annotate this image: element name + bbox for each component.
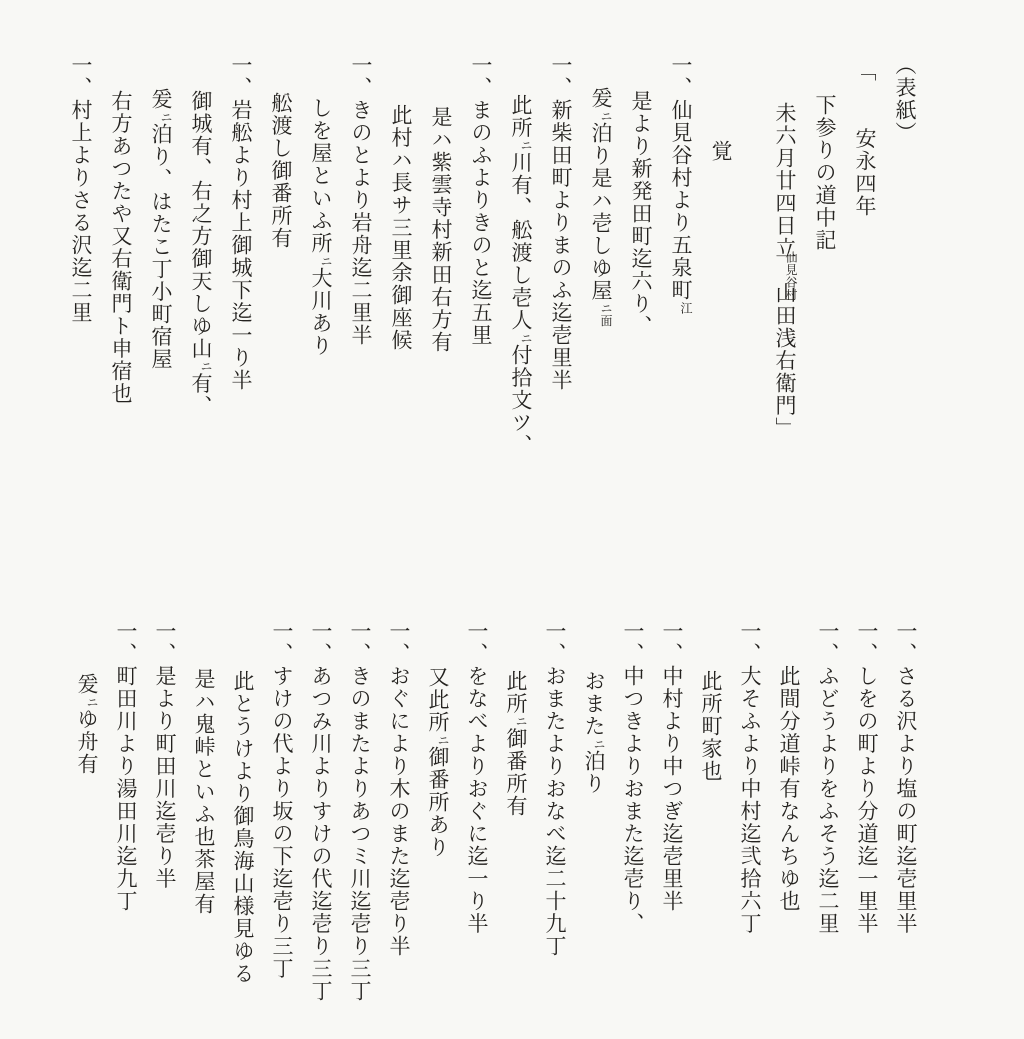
note-column: 此所ニ川有、舩渡し壱人ニ付拾文ツ、 [501,54,541,457]
entry-column: 一、あつみ川よりすけの代迄壱り三丁 [301,620,340,1003]
text-segment: 一、岩舩より村上御城下迄一り半 [229,54,253,392]
note-column: 此所町家也 [691,620,730,1003]
entry-column: 一、中村より中つぎ迄壱里半 [652,620,691,1003]
text-segment: 大川あり [309,267,333,357]
text-segment: 一、おぐにより木のまた迄壱り半 [387,620,411,958]
note-column: 舩渡し御番所有 [261,54,301,457]
entry-column: 一、村上よりさる沢迄二里 [61,54,101,457]
entry-column: 一、おぐにより木のまた迄壱り半 [379,620,418,1003]
text-segment: 一、是より町田川迄壱り半 [153,620,177,890]
note-column: 此とうけより御鳥海山様見ゆる [223,620,262,1003]
text-segment: 一、きのまたよりあつミ川迄壱り三丁 [348,620,372,1003]
text-segment: 舩渡し御番所有 [269,92,293,250]
text-segment: 覚 [709,140,733,163]
title-column: 下参りの道中記 [805,54,845,457]
text-segment: おまた [582,670,606,738]
text-segment: 此村ハ長サ三里余御座候 [389,104,413,352]
text-segment: 一、すけの代より坂の下迄壱り三丁 [270,620,294,980]
text-segment: 此所町家也 [699,670,723,783]
small-inline-character: 江 [679,302,693,315]
text-segment: 一、ふどうよりをふそう迄二里 [816,620,840,935]
note-column: 爰ニゆ舟有 [67,620,106,1003]
text-block-bottom: 一、さる沢より塩の町迄壱里半一、しをの町より分道迄一里半一、ふどうよりをふそう迄… [67,620,925,1003]
note-column: 是より新発田町迄六り、 [621,54,661,457]
text-segment: 一、大そふより中村迄弐拾六丁 [738,620,762,935]
entry-column: 一、さる沢より塩の町迄壱里半 [886,620,925,1003]
note-column: 又此所ニ御番所あり [418,620,457,1003]
small-inline-character: ニ [436,734,450,747]
scanned-manuscript-page: （表紙）「 安永四年下参りの道中記未六月廿四日立 仙見谷村山田浅右衛門」覚一、仙… [0,0,1024,1039]
small-inline-character: ニ面 [599,302,613,327]
text-segment: 爰 [149,88,173,111]
text-segment: 付拾文ツ、 [509,344,533,457]
small-inline-character: ニ [592,738,606,751]
text-segment: 一、おまたよりおなべ迄二十九丁 [543,620,567,958]
entry-column: 一、大そふより中村迄弐拾六丁 [730,620,769,1003]
text-segment: 右方あつたや又右衛門ト申宿也 [109,90,133,405]
text-segment: 御城有、右之方御天しゆ山 [189,90,213,360]
text-segment: 是ハ鬼峠といふ也茶屋有 [192,668,216,916]
entry-column: 一、仙見谷村より五泉町江 [661,54,701,457]
note-column: 御城有、右之方御天しゆ山ニ有、 [181,54,221,457]
heading-column: 覚 [701,54,741,457]
note-column: 此間分道峠有なんちゆ也 [769,620,808,1003]
small-inline-character: ニ [599,110,613,123]
entry-column: 一、すけの代より坂の下迄壱り三丁 [262,620,301,1003]
note-column: しを屋といふ所ニ大川あり [301,54,341,457]
text-segment: 此とうけより御鳥海山様見ゆる [231,670,255,985]
text-segment: 御番所有 [504,728,528,818]
date-signature-column: 未六月廿四日立 仙見谷村山田浅右衛門」 [765,54,805,457]
entry-column: 一、是より町田川迄壱り半 [145,620,184,1003]
side-annotation: 仙見谷村 [771,251,811,301]
text-segment: しを屋といふ所 [309,97,333,255]
small-inline-character: ニ [85,696,99,709]
text-segment: 一、しをの町より分道迄一里半 [855,620,879,935]
note-column: おまたニ泊り [574,620,613,1003]
entry-column: 一、新柴田町よりまのふ迄壱里半 [541,54,581,457]
entry-column: 一、をなべよりおぐに迄一り半 [457,620,496,1003]
entry-column: 一、きのまたよりあつミ川迄壱り三丁 [340,620,379,1003]
text-segment: ゆ舟有 [75,708,99,776]
entry-column: 一、ふどうよりをふそう迄二里 [808,620,847,1003]
text-segment: 一、をなべよりおぐに迄一り半 [465,620,489,935]
text-block-top: （表紙）「 安永四年下参りの道中記未六月廿四日立 仙見谷村山田浅右衛門」覚一、仙… [61,54,925,457]
note-column: 此村ハ長サ三里余御座候 [381,54,421,457]
entry-column: 一、しをの町より分道迄一里半 [847,620,886,1003]
small-inline-character: ニ [514,715,528,728]
entry-column: 一、岩舩より村上御城下迄一り半 [221,54,261,457]
text-segment: 一、まのふよりきのと迄五里 [469,54,493,347]
text-segment: 川有、舩渡し壱人 [509,152,533,332]
text-segment: 一、あつみ川よりすけの代迄壱り三丁 [309,620,333,1003]
text-segment: 一、きのとより岩舟迄二里半 [349,54,373,347]
small-inline-character: ニ [159,111,173,124]
small-inline-character: ニ [519,139,533,152]
text-segment: 一、新柴田町よりまのふ迄壱里半 [549,54,573,392]
text-segment: 泊り [582,750,606,795]
text-segment: 此間分道峠有なんちゆ也 [777,665,801,913]
text-segment: 此所 [504,670,528,715]
quote-era-column: 「 安永四年 [845,54,885,457]
text-segment: 一、中つきよりおまた迄壱り、 [621,620,645,935]
text-segment: 此所 [509,94,533,139]
text-segment: 又此所 [426,666,450,734]
note-column: 爰ニ泊り、はたこ丁小町宿屋 [141,54,181,457]
note-column: 是ハ紫雲寺村新田右方有 [421,54,461,457]
text-segment: 一、村上よりさる沢迄二里 [69,54,93,324]
small-inline-character: ニ [519,332,533,345]
small-inline-character: ニ [199,360,213,373]
note-column: 爰ニ泊り是ハ壱しゆ屋ニ面 [581,54,621,457]
text-segment: 爰 [589,87,613,110]
text-segment: 「 安永四年 [853,60,877,218]
text-segment: 一、仙見谷村より五泉町 [669,54,693,302]
entry-column: 一、おまたよりおなべ迄二十九丁 [535,620,574,1003]
entry-column: 一、まのふよりきのと迄五里 [461,54,501,457]
text-segment: 泊り、はたこ丁小町宿屋 [149,123,173,371]
note-column: 是ハ鬼峠といふ也茶屋有 [184,620,223,1003]
text-segment: 是より新発田町迄六り、 [629,90,653,338]
entry-column: 一、中つきよりおまた迄壱り、 [613,620,652,1003]
note-column: 此所ニ御番所有 [496,620,535,1003]
text-segment: 山田浅右衛門」 [773,282,797,440]
text-segment: 爰 [75,673,99,696]
text-segment: 御番所あり [426,746,450,859]
text-segment: 一、中村より中つぎ迄壱里半 [660,620,684,913]
text-segment: 泊り是ハ壱しゆ屋 [589,122,613,302]
note-column: 右方あつたや又右衛門ト申宿也 [101,54,141,457]
entry-column: 一、きのとより岩舟迄二里半 [341,54,381,457]
text-segment: 一、さる沢より塩の町迄壱里半 [894,620,918,935]
entry-column: 一、町田川より湯田川迄九丁 [106,620,145,1003]
small-inline-character: ニ [319,255,333,268]
text-segment: 一、町田川より湯田川迄九丁 [114,620,138,913]
text-segment: 有、 [189,373,213,418]
cover-note-column: （表紙） [885,54,925,457]
text-segment: （表紙） [893,54,917,144]
text-segment: 是ハ紫雲寺村新田右方有 [429,106,453,354]
text-segment: 下参りの道中記 [813,94,837,252]
